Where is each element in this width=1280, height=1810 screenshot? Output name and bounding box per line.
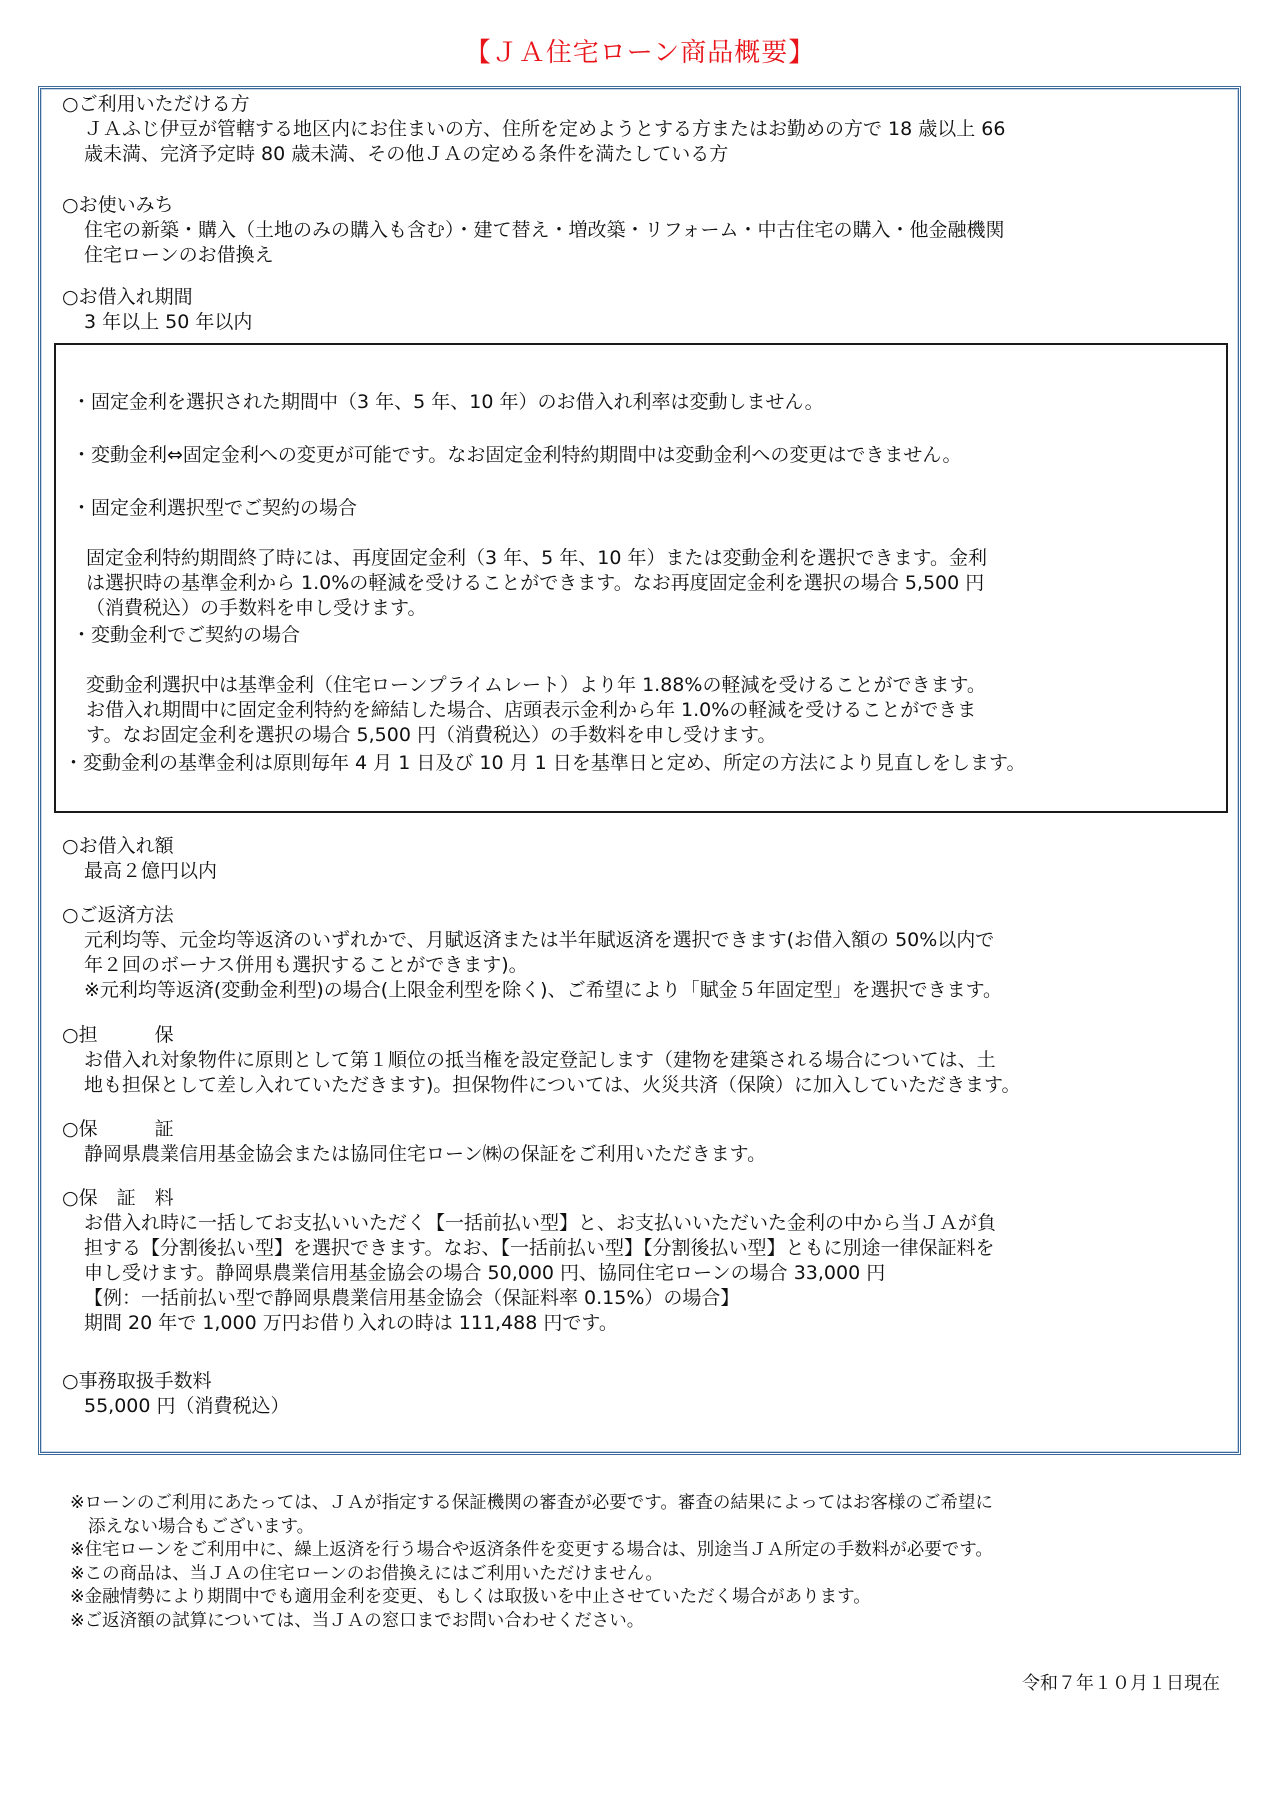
section-usage: ○お使いみち 住宅の新築・購入（土地のみの購入も含む）・建て替え・増改築・リフォ… — [62, 193, 1232, 268]
section-heading: ○お借入れ期間 — [62, 285, 1232, 310]
section-body: ＪＡふじ伊豆が管轄する地区内にお住まいの方、住所を定めようとする方またはお勤めの… — [62, 117, 1232, 167]
rate-item-text: ・変動金利⇔固定金利への変更が可能です。なお固定金利特約期間中は変動金利への変更… — [72, 443, 1222, 468]
section-body: お借入れ時に一括してお支払いいただく【一括前払い型】と、お支払いいただいた金利の… — [62, 1211, 1232, 1336]
section-eligibility: ○ご利用いただける方 ＪＡふじ伊豆が管轄する地区内にお住まいの方、住所を定めよう… — [62, 92, 1232, 167]
section-heading: ○お使いみち — [62, 193, 1232, 218]
interest-rate-box: ・固定金利を選択された期間中（3 年、5 年、10 年）のお借入れ利率は変動しま… — [54, 343, 1228, 813]
rate-item-text: ・変動金利でご契約の場合 — [72, 623, 1222, 648]
rate-item-text: ・固定金利選択型でご契約の場合 — [72, 496, 1222, 521]
section-body: お借入れ対象物件に原則として第１順位の抵当権を設定登記します（建物を建築される場… — [62, 1048, 1232, 1098]
section-body: 最高２億円以内 — [62, 859, 1232, 884]
section-body: 55,000 円（消費税込） — [62, 1394, 1232, 1419]
section-heading: ○事務取扱手数料 — [62, 1369, 1232, 1394]
section-heading: ○保 証 — [62, 1117, 1232, 1142]
section-repayment: ○ご返済方法 元利均等、元金均等返済のいずれかで、月賦返済または半年賦返済を選択… — [62, 903, 1232, 1003]
section-body: 元利均等、元金均等返済のいずれかで、月賦返済または半年賦返済を選択できます(お借… — [62, 928, 1232, 1003]
section-guarantee-fee: ○保 証 料 お借入れ時に一括してお支払いいただく【一括前払い型】と、お支払いい… — [62, 1186, 1232, 1336]
section-heading: ○担 保 — [62, 1023, 1232, 1048]
section-heading: ○ご返済方法 — [62, 903, 1232, 928]
section-term: ○お借入れ期間 3 年以上 50 年以内 — [62, 285, 1232, 335]
footnote: ※この商品は、当ＪＡの住宅ローンのお借換えにはご利用いただけません。 — [70, 1563, 1230, 1587]
section-amount: ○お借入れ額 最高２億円以内 — [62, 834, 1232, 884]
page-title: 【ＪＡ住宅ローン商品概要】 — [0, 36, 1280, 70]
footnote: ※金融情勢により期間中でも適用金利を変更、もしくは取扱いを中止させていただく場合… — [70, 1586, 1230, 1610]
section-heading: ○お借入れ額 — [62, 834, 1232, 859]
section-collateral: ○担 保 お借入れ対象物件に原則として第１順位の抵当権を設定登記します（建物を建… — [62, 1023, 1232, 1098]
section-heading: ○ご利用いただける方 — [62, 92, 1232, 117]
section-body: 3 年以上 50 年以内 — [62, 310, 1232, 335]
footnotes: ※ローンのご利用にあたっては、ＪＡが指定する保証機関の審査が必要です。審査の結果… — [70, 1492, 1230, 1633]
footnote: ※ローンのご利用にあたっては、ＪＡが指定する保証機関の審査が必要です。審査の結果… — [70, 1492, 1230, 1539]
section-body: 静岡県農業信用基金協会または協同住宅ローン㈱の保証をご利用いただきます。 — [62, 1142, 1232, 1167]
section-heading: ○保 証 料 — [62, 1186, 1232, 1211]
rate-item-base-rate-review: ・変動金利の基準金利は原則毎年 4 月 1 日及び 10 月 1 日を基準日と定… — [64, 726, 1214, 801]
footnote: ※住宅ローンをご利用中に、繰上返済を行う場合や返済条件を変更する場合は、別途当Ｊ… — [70, 1539, 1230, 1563]
section-body: 住宅の新築・購入（土地のみの購入も含む）・建て替え・増改築・リフォーム・中古住宅… — [62, 218, 1232, 268]
footnote: ※ご返済額の試算については、当ＪＡの窓口までお問い合わせください。 — [70, 1610, 1230, 1634]
rate-item-text: ・固定金利を選択された期間中（3 年、5 年、10 年）のお借入れ利率は変動しま… — [72, 390, 1222, 415]
rate-item-text: ・変動金利の基準金利は原則毎年 4 月 1 日及び 10 月 1 日を基準日と定… — [64, 751, 1214, 776]
as-of-date: 令和７年１０月１日現在 — [1022, 1672, 1220, 1696]
section-guarantee: ○保 証 静岡県農業信用基金協会または協同住宅ローン㈱の保証をご利用いただきます… — [62, 1117, 1232, 1167]
section-handling-fee: ○事務取扱手数料 55,000 円（消費税込） — [62, 1369, 1232, 1419]
